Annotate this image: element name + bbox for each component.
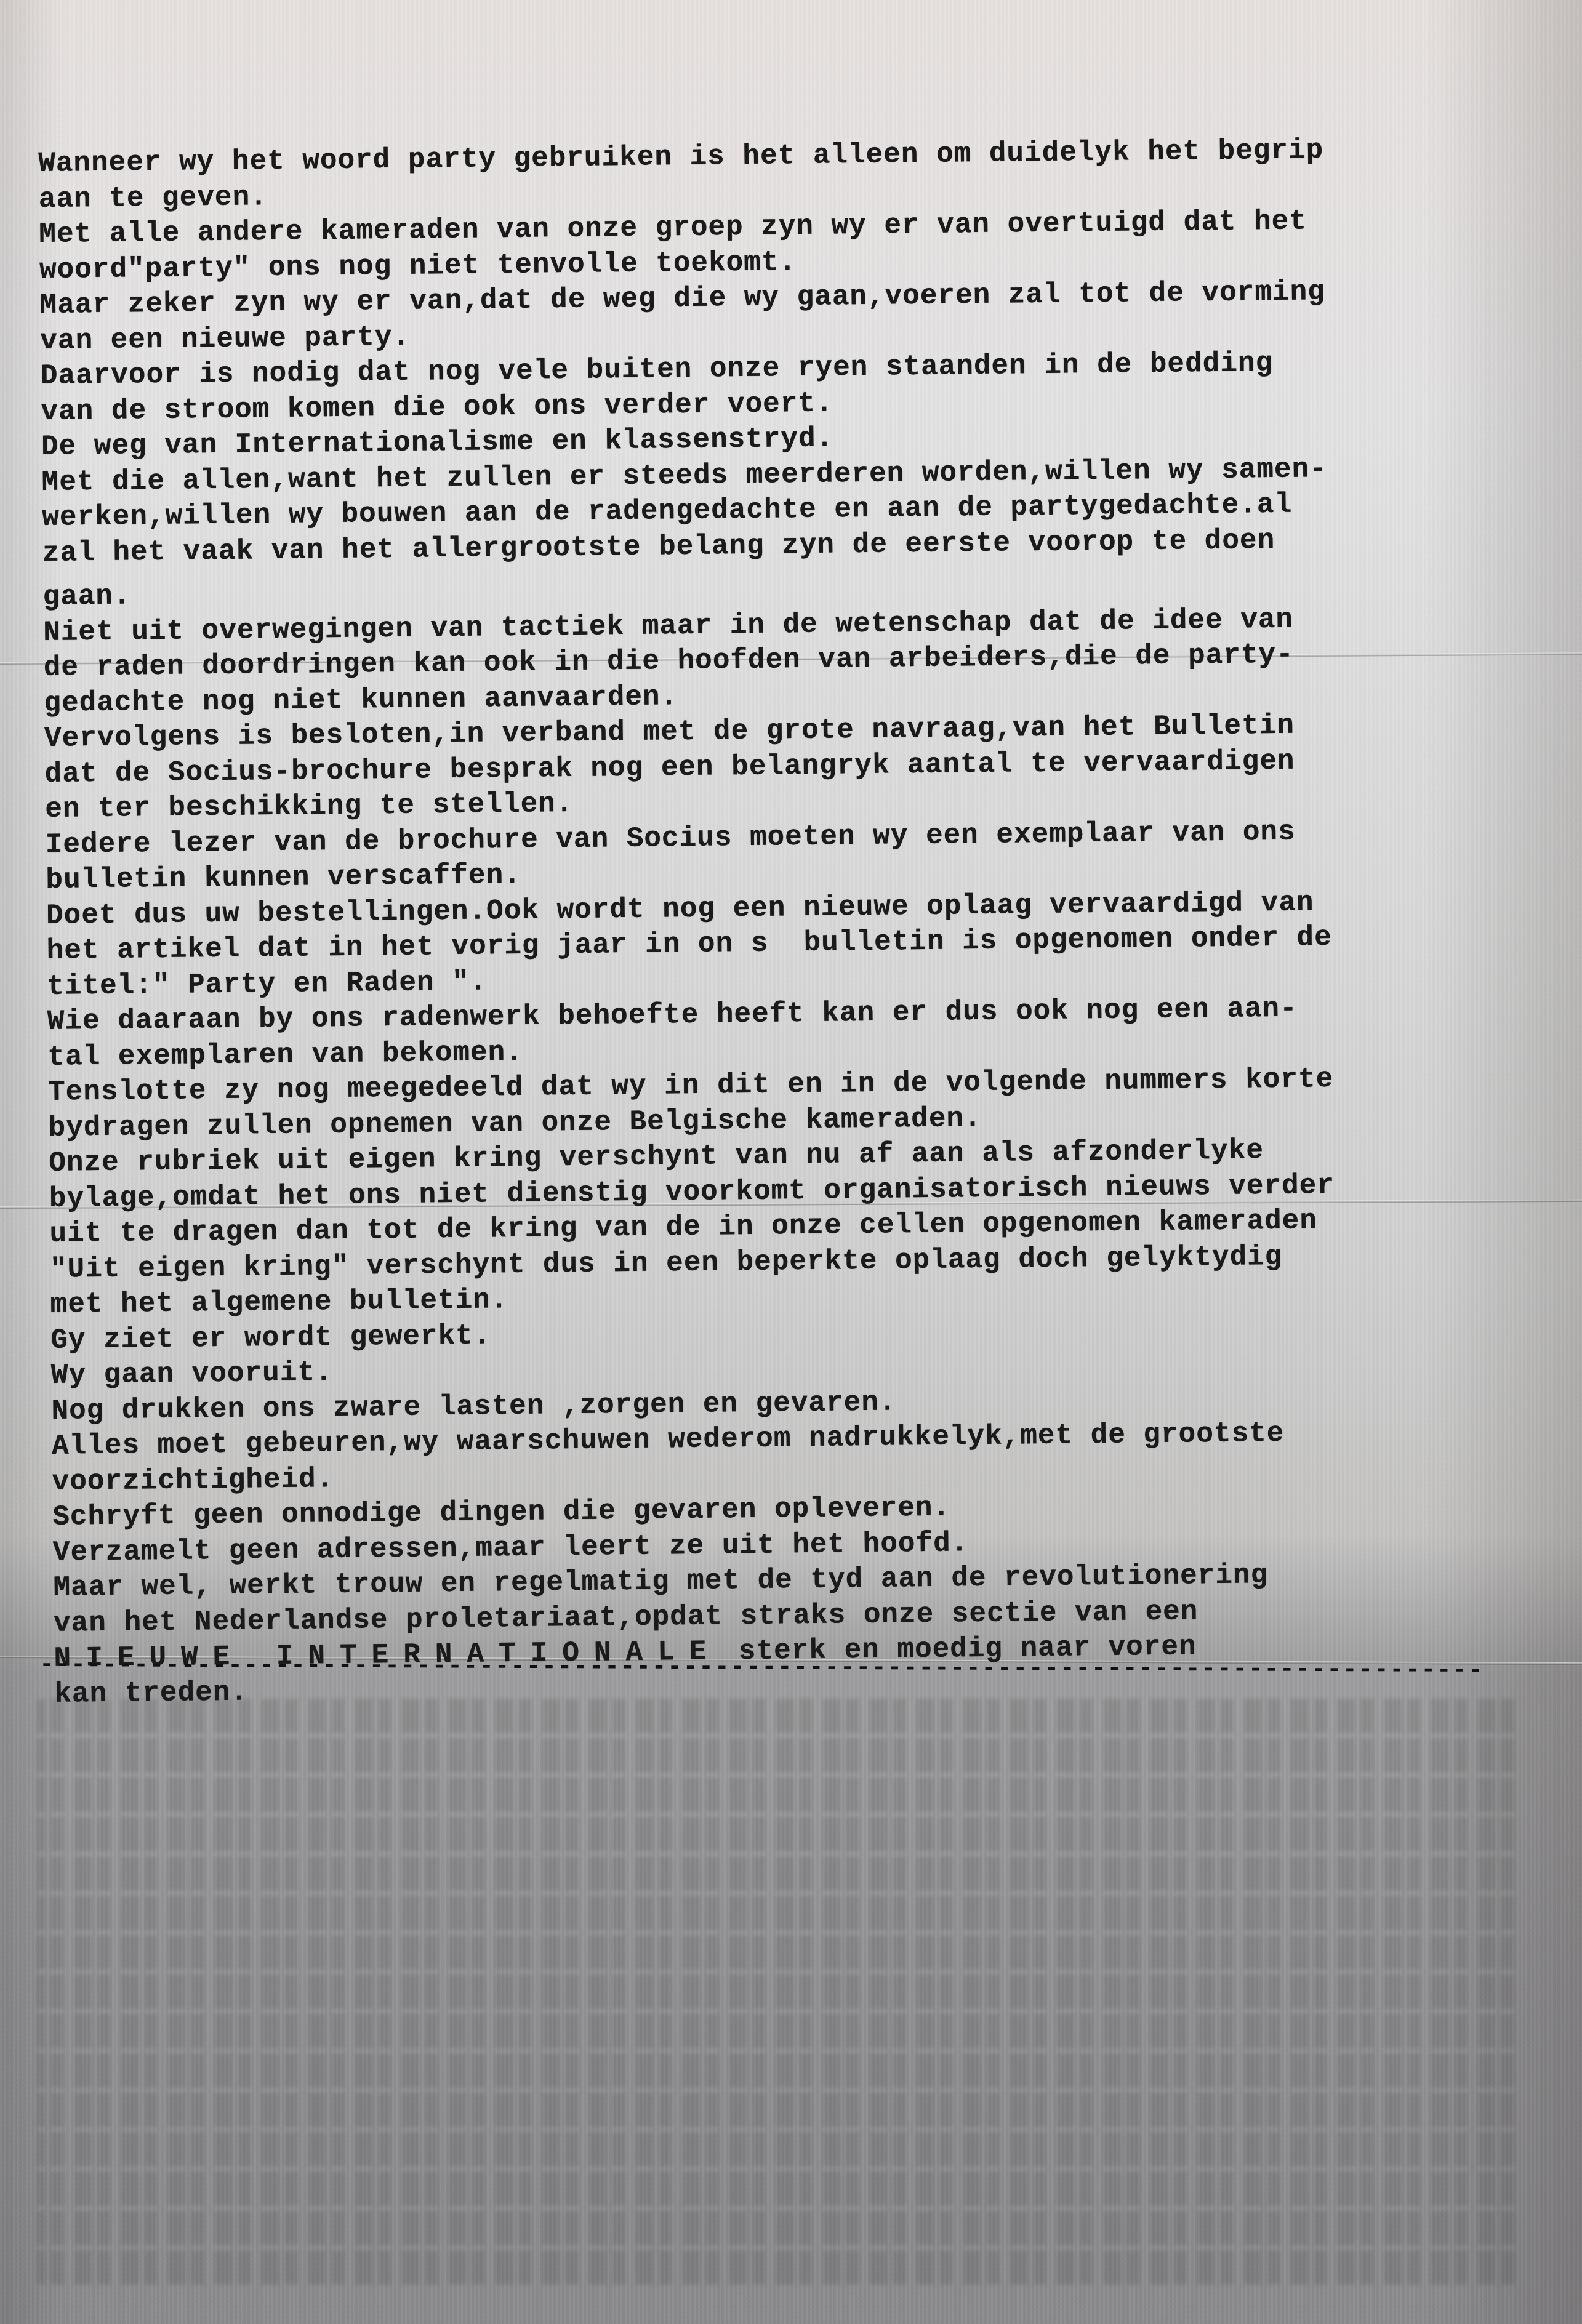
spaced-heading-tail: sterk en moedig naar voren (721, 1630, 1197, 1667)
reverse-side-show-through (37, 1699, 1514, 2290)
typewritten-body: Wanneer wy het woord party gebruiken is … (38, 130, 1557, 1712)
document-page: Wanneer wy het woord party gebruiken is … (0, 0, 1582, 2324)
